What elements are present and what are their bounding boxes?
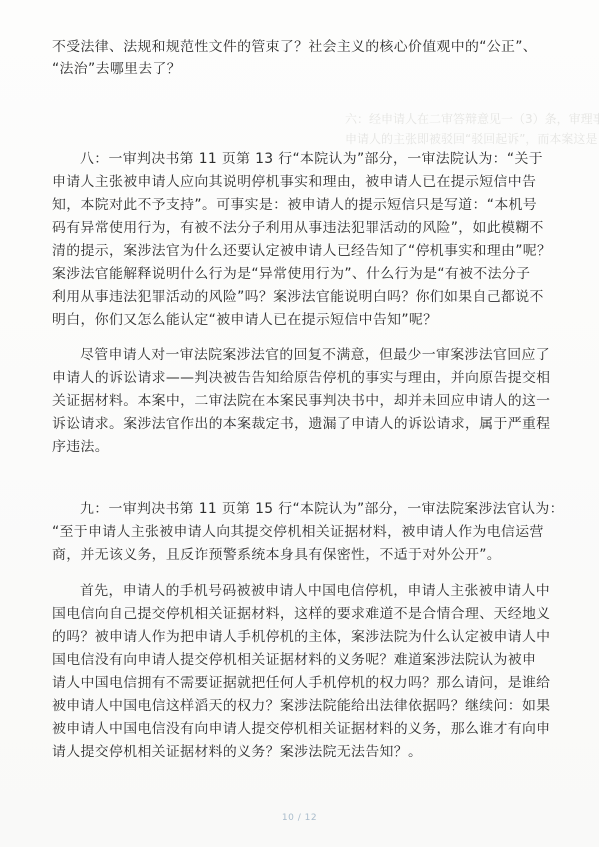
- paragraph-line: 的吗？被申请人作为把申请人手机停机的主体，案涉法院为什么认定被申请人中: [52, 628, 550, 646]
- paragraph-line: 商，并无该义务，且反诈预警系统本身具有保密性，不适于对外公开”。: [52, 546, 501, 564]
- paragraph-line: 不受法律、法规和规范性文件的管束了？社会主义的核心价值观中的“公正”、: [52, 38, 537, 56]
- paragraph-line: 利用从事违法犯罪活动的风险”吗？案涉法官能说明白吗？你们如果自己都说不: [52, 288, 544, 306]
- paragraph-line: 申请人主张被申请人应向其说明停机事实和理由，被申请人已在提示短信中告: [52, 173, 536, 191]
- paragraph-line: 国电信没有向申请人提交停机相关证据材料的义务呢？难道案涉法院认为被申: [52, 651, 536, 669]
- paragraph-line: 诉讼请求。案涉法官作出的本案裁定书，遗漏了申请人的诉讼请求，属于严重程: [52, 415, 550, 433]
- paragraph-line: 清的提示，案涉法官为什么还要认定被申请人已经告知了“停机事实和理由”呢？: [52, 242, 551, 260]
- paragraph-line: 明白，你们又怎么能认定“被申请人已在提示短信中告知”呢？: [52, 311, 437, 329]
- document-page: 六：经申请人在二审答辩意见一（3）条，审理事人在二审审 申请人的主张即被驳回“驳…: [0, 0, 599, 847]
- paragraph-line: 知，本院对此不予支持”。可事实是：被申请人的提示短信只是写道：“本机号: [52, 196, 537, 214]
- paragraph-line: 被申请人中国电信没有向申请人提交停机相关证据材料的义务，那么谁才有向申: [52, 720, 550, 738]
- paragraph-line: 请人中国电信拥有不需要证据就把任何人手机停机的权力吗？那么请问，是谁给: [52, 674, 550, 692]
- paragraph-line: 申请人的诉讼请求——判决被告告知给原告停机的事实与理由，并向原告提交相: [52, 369, 550, 387]
- paragraph-line: 关证据材料。本案中，二审法院在本案民事判决书中，却并未回应申请人的这一: [52, 392, 550, 410]
- paragraph-line: 码有异常使用行为，有被不法分子利用从事违法犯罪活动的风险”，如此模糊不: [52, 219, 544, 237]
- paragraph-line: 被申请人中国电信这样滔天的权力？案涉法院能给出法律依据吗？继续问：如果: [52, 697, 550, 715]
- paragraph-line: “至于申请人主张被申请人向其提交停机相关证据材料，被申请人作为电信运营: [52, 523, 544, 541]
- bleed-through-text: 六：经申请人在二审答辩意见一（3）条，审理事人在二审审: [345, 107, 599, 131]
- paragraph-line: 序违法。: [52, 438, 109, 456]
- paragraph-line: 首先，申请人的手机号码被被申请人中国电信停机，申请人主张被申请人中: [80, 582, 550, 600]
- paragraph-line: 尽管申请人对一审法院案涉法官的回复不满意，但最少一审案涉法官回应了: [80, 346, 550, 364]
- paragraph-line: 案涉法官能解释说明什么行为是“异常使用行为”、什么行为是“有被不法分子: [52, 265, 530, 283]
- section-heading-8: 八：一审判决书第 11 页第 13 行“本院认为”部分，一审法院认为：“关于: [80, 150, 543, 168]
- page-indicator: 10 / 12: [0, 813, 599, 823]
- paragraph-line: 请人提交停机相关证据材料的义务？案涉法院无法告知？。: [52, 743, 422, 761]
- paragraph-line: “法治”去哪里去了？: [52, 60, 181, 78]
- paragraph-line: 国电信向自己提交停机相关证据材料，这样的要求难道不是合情合理、天经地义: [52, 605, 550, 623]
- section-heading-9: 九：一审判决书第 11 页第 15 行“本院认为”部分，一审法院案涉法官认为：: [80, 500, 564, 518]
- bleed-through-text: 申请人的主张即被驳回“驳回起诉”，而本案这是由合议庭审查人了。主张在前事: [345, 127, 599, 151]
